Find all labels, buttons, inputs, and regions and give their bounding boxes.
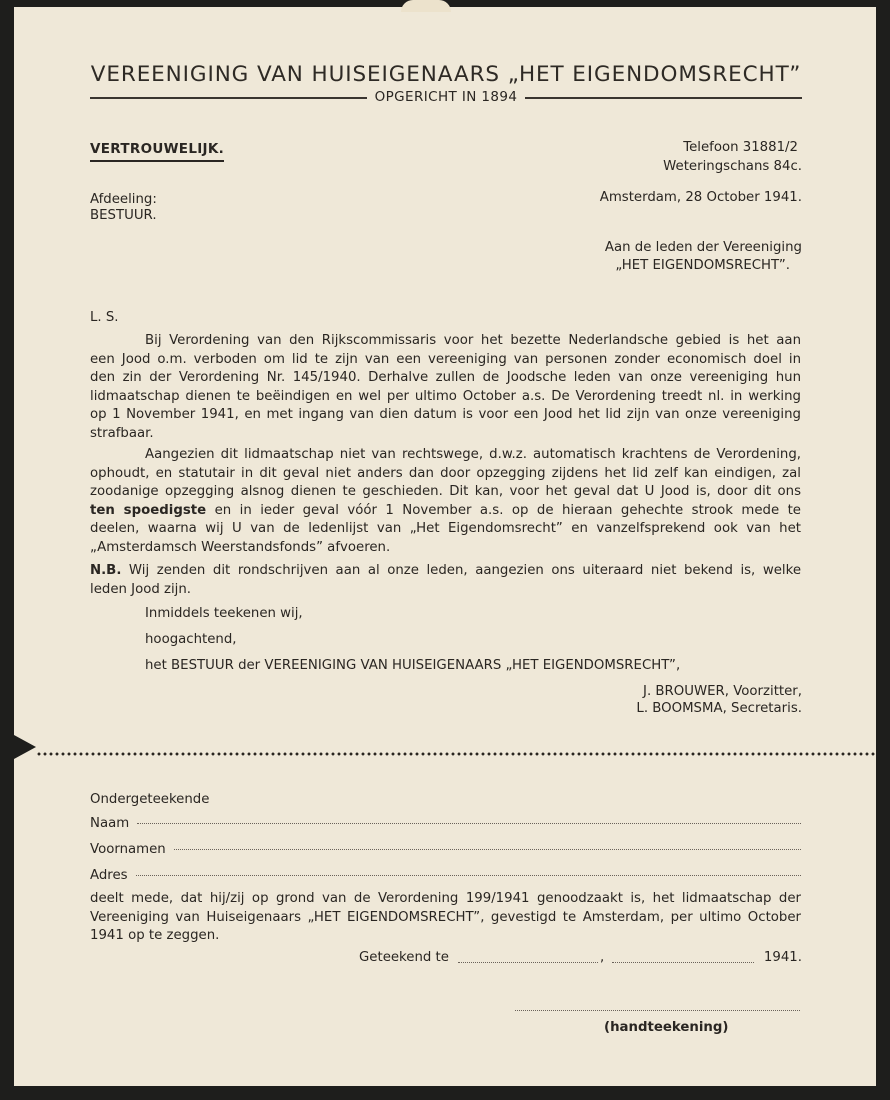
emphasis-continuation: en in ieder geval vóór 1 November a.s. o… xyxy=(206,503,801,518)
signed-year: 1941. xyxy=(764,948,802,967)
letterhead-subtitle: OPGERICHT IN 1894 xyxy=(90,89,802,105)
paragraph-line: Aangezien dit lidmaatschap niet van rech… xyxy=(90,446,801,465)
nb-paragraph: N.B. Wij zenden dit rondschrijven aan al… xyxy=(90,562,801,599)
field-label: Naam xyxy=(90,816,129,831)
paragraph-line: ophoudt, en statutair in dit geval niet … xyxy=(90,465,801,484)
name-input-line[interactable] xyxy=(137,822,801,824)
field-voornamen[interactable]: Voornamen xyxy=(90,842,801,857)
paragraph-line: strafbaar. xyxy=(90,425,801,444)
paragraph-1: Bij Verordening van den Rijkscommissaris… xyxy=(90,332,801,444)
office-address: Weteringschans 84c. xyxy=(663,157,802,176)
closing-line-1: Inmiddels teekenen wij, xyxy=(145,604,303,623)
slip-heading: Ondergeteekende xyxy=(90,790,209,809)
paragraph-line: lidmaatschap dienen te beëindigen en wel… xyxy=(90,388,801,407)
nb-line: N.B. Wij zenden dit rondschrijven aan al… xyxy=(90,562,801,581)
paragraph-line: een Jood o.m. verboden om lid te zijn va… xyxy=(90,351,801,370)
closing-line-2: hoogachtend, xyxy=(145,630,237,649)
department-value: BESTUUR. xyxy=(90,206,157,225)
phone-number: Telefoon 31881/2 xyxy=(683,138,798,157)
field-label: Adres xyxy=(90,868,128,883)
statement-line: Vereeniging van Huiseigenaars „HET EIGEN… xyxy=(90,909,801,928)
paragraph-line: Bij Verordening van den Rijkscommissaris… xyxy=(90,332,801,351)
signatory-secretary: L. BOOMSMA, Secretaris. xyxy=(636,699,802,718)
founded-text: OPGERICHT IN 1894 xyxy=(367,89,526,105)
confidential-label: VERTROUWELIJK. xyxy=(90,140,224,162)
paragraph-2: Aangezien dit lidmaatschap niet van rech… xyxy=(90,446,801,558)
paragraph-line: den zin der Verordening Nr. 145/1940. De… xyxy=(90,369,801,388)
tear-off-perforation xyxy=(36,752,876,756)
paper-torn-tab xyxy=(401,0,451,12)
field-adres[interactable]: Adres xyxy=(90,868,801,883)
signature-input-line[interactable] xyxy=(515,1010,800,1011)
signed-comma: , xyxy=(600,948,604,967)
field-naam[interactable]: Naam xyxy=(90,816,801,831)
paragraph-line: op 1 November 1941, en met ingang van di… xyxy=(90,406,801,425)
address-input-line[interactable] xyxy=(136,874,801,876)
nb-line-2: leden Jood zijn. xyxy=(90,581,801,600)
statement-line: deelt mede, dat hij/zij op grond van de … xyxy=(90,890,801,909)
paragraph-line: deelen, waarna wij U van de ledenlijst v… xyxy=(90,520,801,539)
slip-statement: deelt mede, dat hij/zij op grond van de … xyxy=(90,890,801,946)
paragraph-line: zoodanige opzegging alsnog dienen te ges… xyxy=(90,483,801,502)
salutation: L. S. xyxy=(90,308,119,327)
signed-date-input-line[interactable] xyxy=(612,962,754,963)
first-names-input-line[interactable] xyxy=(174,848,801,850)
place-date: Amsterdam, 28 October 1941. xyxy=(600,188,802,207)
paragraph-line-emphasis: ten spoedigste en in ieder geval vóór 1 … xyxy=(90,502,801,521)
letterhead-title: VEREENIGING VAN HUISEIGENAARS „HET EIGEN… xyxy=(90,62,802,87)
field-label: Voornamen xyxy=(90,842,166,857)
perforation-notch xyxy=(14,735,36,759)
signed-place-input-line[interactable] xyxy=(458,962,598,963)
statement-line: 1941 op te zeggen. xyxy=(90,927,801,946)
signature-label: (handteekening) xyxy=(604,1018,728,1037)
paragraph-line: „Amsterdamsch Weerstandsfonds” afvoeren. xyxy=(90,539,801,558)
signed-at-label: Geteekend te xyxy=(359,948,449,967)
nb-label: N.B. xyxy=(90,563,121,578)
recipient-line-1: Aan de leden der Vereeniging xyxy=(605,238,802,257)
recipient-line-2: „HET EIGENDOMSRECHT”. xyxy=(615,256,790,275)
closing-line-3: het BESTUUR der VEREENIGING VAN HUISEIGE… xyxy=(145,656,680,675)
emphasis-text: ten spoedigste xyxy=(90,503,206,518)
nb-text: Wij zenden dit rondschrijven aan al onze… xyxy=(121,563,801,578)
